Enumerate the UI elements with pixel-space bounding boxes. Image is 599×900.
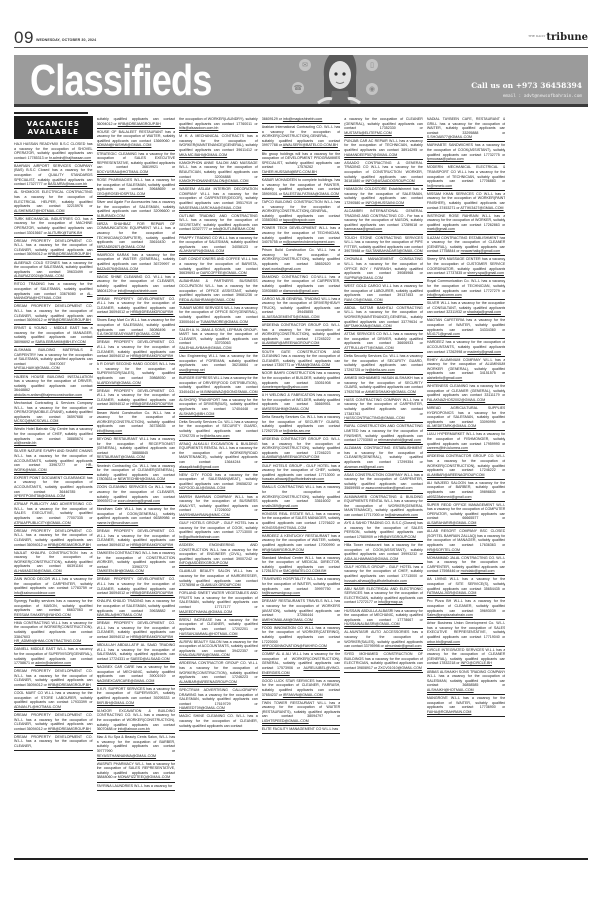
ad-contact-link[interactable]: Sales@propizzabahrain.com [427, 613, 473, 617]
ad-contact-link[interactable]: HRB@DREAMGROUP.BH [48, 543, 91, 547]
ad-contact-link[interactable]: INFO@ASAADOGROUP.COM [365, 179, 414, 183]
ad-contact-link[interactable]: REYASITHANNANNA@GMAIL.COM [97, 754, 157, 758]
ad-contact-link[interactable]: SARA.EBRAHIM@BH.EY.COM [35, 340, 86, 344]
ad-contact-link[interactable]: shadraja@gmail.com [467, 310, 501, 314]
ad-text: GULF HOTELS GROUP - GULF HOTEL has a vac… [344, 565, 423, 578]
ad-contact-link[interactable]: AWALSERV@BATELCO.COM.BH [283, 143, 338, 147]
ad-contact-link[interactable]: BOCYUSRAA@HOTMAIL.COM [97, 170, 149, 174]
ad-contact-link[interactable]: ALAMBAR@AREENAGROUP.COM [262, 455, 320, 459]
ad-text: WASEEM ASLAM INTERIOR DECORATION COMPANY… [179, 187, 258, 205]
classified-ad: FOOD INNOVATION CO W.L.L has a vacancy f… [262, 625, 341, 651]
ad-contact-link[interactable]: afaaqalkhalil@gmail.com [179, 465, 219, 469]
classified-ad: DREAM PROPERTY DEVELOPMENT CO. W.L.L has… [14, 734, 93, 751]
ad-contact-link[interactable]: HRB@DREAMGROUP.BH [130, 543, 173, 547]
ad-contact-link[interactable]: info@royalcomm.com [427, 293, 462, 297]
ad-text: RIHEY ALUMINIUM COMPANY W.L.L has a vaca… [427, 358, 506, 376]
classified-ad: PRAPPY TRADING CO W.L.L has a vacancy fo… [179, 235, 258, 257]
ad-contact-link[interactable]: GLAMLUX.GROUP.COM [200, 583, 240, 587]
ad-contact-link[interactable]: HRB@DREAMGROUP.BH [130, 635, 173, 639]
mail-icon: ✉ [299, 59, 311, 71]
ad-contact-link[interactable]: SUPPAR@GMAIL.COM [344, 276, 383, 280]
ad-contact-link[interactable]: AMSESSAHM@GMAIL.COM [262, 407, 309, 411]
ad-text: WEST GOLD CARGO W.L.L has a vacancy for … [344, 284, 423, 297]
ad-contact-link[interactable]: mohdalo@gmail.com [461, 569, 495, 573]
ad-contact-link[interactable]: NEWTECHBH@GMAIL.COM [118, 477, 165, 481]
ad-contact-link[interactable]: hr.admin@hajihassan.com [49, 156, 91, 160]
classified-ad: DREAM PROPERTY DEVELOPMENT CO. W.L.L has… [97, 296, 176, 318]
ad-contact-link[interactable]: KANOKPHONANNESALON@GMAIL.COM [179, 179, 248, 183]
classified-ad: ALLAB RESORT COMPANY BSC CLOSED (SOFITEL… [427, 528, 506, 554]
ad-contact-link[interactable]: alahelinfo@gmail.com [427, 376, 462, 380]
ad-contact-link[interactable]: mame.hr@mondham.com [97, 521, 139, 525]
ad-contact-link[interactable]: SALESTIALFATIMA@GMAIL.COM [283, 192, 339, 196]
classified-ad: TOUCH STONE CONTRACTING SERVICES W.L.L h… [344, 235, 423, 257]
ad-text: ALZAMAN CONTRACTING ESTABLISHMENT has a … [344, 446, 423, 464]
ad-contact-link[interactable]: rehmanshahid@gmail.com [378, 438, 421, 442]
vacancies-available-header: VACANCIESAVAILABLE [14, 116, 93, 139]
ad-contact-link[interactable]: ALBURAIDI.COM [97, 214, 125, 218]
classified-ad: GOOD LUCK STAR SERVICES has a vacancy fo… [262, 678, 341, 700]
ad-contact-link[interactable]: ALAHAYAFN@GMAIL.COM [179, 249, 224, 253]
ad-contact-link[interactable]: fpmoussa@yahoo.com [427, 157, 464, 161]
ad-contact-link[interactable]: hussain.alhawaj@gulfhotelbahrain.com [262, 477, 325, 481]
ad-contact-link[interactable]: SAEED@ALSAAD.COM [130, 657, 169, 661]
ad-contact-link[interactable]: MYEALHAIKI@GMAIL.COM [14, 366, 60, 370]
ad-contact-link[interactable]: info@OUTLINEBAH.COM [213, 227, 255, 231]
ad-contact-link[interactable]: XPERTPOINT56@GMAIL.COM [14, 494, 65, 498]
classified-ad: M K A MECHANICAL CONTRACTS has a vacancy… [179, 133, 258, 159]
ad-contact-link[interactable]: HASSANJAMMAL@HOTMAIL.COM [179, 632, 237, 636]
ad-contact-link[interactable]: TAHER.HUSSAIN@BFC.COM.BH [262, 170, 317, 174]
ad-contact-link[interactable]: ATTIKI3427@GMAIL.COM [460, 206, 503, 210]
classified-ad: TUMAR MORE SERVICES W.L.L has a vacancy … [179, 305, 258, 327]
classified-ad: DREAM PROPERTY DEVELOPMENT CO. W.L.L has… [97, 339, 176, 361]
ad-text: ELITE FACILITY MANAGEMENT CO W.L.L has [262, 727, 338, 731]
classified-ad: BRENJ INCREASE has a vacancy for the occ… [179, 617, 258, 639]
ad-contact-link[interactable]: HR@SOFITEL.COM [427, 548, 460, 552]
ad-contact-link[interactable]: ALARDIYAR@GMAIL.COM [97, 381, 141, 385]
ad-contact-link[interactable]: HAMANDEEP507@GMAIL.COM [344, 153, 397, 157]
classified-ad: NOOR BAHRI CONSTRUCTION has a vacancy fo… [262, 370, 341, 392]
ad-text: GULF HOTELS GROUP - GULF HOTEL has a vac… [262, 464, 341, 477]
ad-contact-link[interactable]: IRFANVN@GMAIL.COM [283, 693, 323, 697]
ad-text: ASDEEK ENGINEERING AND CONSTRUCTION W.L.… [179, 543, 258, 561]
ad-contact-link[interactable]: MARSHBAHRAIN@MMC.COM [179, 513, 230, 517]
classified-ad: GULF HOTELS GROUP - GULF HOTEL has a vac… [262, 463, 341, 485]
classified-ad: AL-MUNTASIR AUTO ACCESSORIES has a vacan… [344, 629, 423, 651]
ad-text: ARDEENA CONTRACTOR GROUP CO. W.L.L has a… [179, 661, 258, 679]
ad-contact-link[interactable]: MIRZADB2871@GMAIL.COM [97, 245, 145, 249]
ad-contact-link[interactable]: info@alnoor.com.bh [118, 727, 150, 731]
ad-contact-link[interactable]: REDA.ALBAHRANI@GMAIL.COM [179, 298, 235, 302]
ad-text: PUNJAB CAR AC REPAIR W.L.L has a vacancy… [344, 139, 423, 152]
classified-ad: GULF HOTELS GROUP - GULF HOTEL has a vac… [179, 520, 258, 542]
classified-ad: COOL MART CO W.L.L has a vacancy for the… [14, 690, 93, 712]
section-rule [14, 112, 88, 114]
ad-text: B.K.R. SUPPORT SERVICES has a vacancy fo… [97, 687, 176, 700]
classified-ad: SPECTRUM ADVERTISING CALLIGRAPHY DRAWING… [179, 687, 258, 713]
ad-contact-link[interactable]: M14171@gmail.com [427, 332, 460, 336]
classified-ad: ABDUL SATTAR BAKHTAJ CONTRACTING W.L.L h… [344, 305, 423, 331]
classified-ad: GULF HOTELS GROUP - GULF HOTEL has a vac… [344, 564, 423, 586]
ad-contact-link[interactable]: MKA.MC.BAHI@GMAIL.COM [179, 153, 227, 157]
classified-ad: Mondham Cafe W.L.L has a vacancy for the… [97, 506, 176, 528]
ad-contact-link[interactable]: WASEEMALIJARCHAA@GMAIL.COM [179, 206, 241, 210]
ad-contact-link[interactable]: AL.MEDETARK@GMAIL.COM [427, 424, 476, 428]
banner-title: Classifieds [30, 57, 212, 105]
ad-contact-link[interactable]: AHMEDSHAIKH@GMAIL.COM [365, 390, 416, 394]
classified-ad: Royal Communication Co. W.L.L has a vaca… [427, 278, 506, 300]
classified-ad: TURK MECHANICAL INDUSTRIES CO. has a vac… [14, 216, 93, 238]
classified-ad: WASPATI PHARMACY W.L.L has a vacancy for… [97, 761, 176, 783]
ad-contact-link[interactable]: MIFTAHKHAN@GMAIL.COM [344, 324, 391, 328]
classified-ad: MAGTAN CAFETERIA has a vacancy for the o… [427, 317, 506, 339]
ad-contact-link[interactable]: HRB@DREAMGROUP.BH [130, 310, 173, 314]
ad-contact-link[interactable]: hr@delta-sec.com [365, 368, 394, 372]
ad-contact-link[interactable]: alzaman.est@gmail.com [344, 465, 383, 469]
ad-contact-link[interactable]: info@magicshinebh.com [118, 289, 157, 293]
ad-contact-link[interactable]: ALSHAIKH@HOTMAIL.COM [427, 688, 474, 692]
ad-text: ROSE PHARMACIES W.L.L has a vacancy for … [97, 178, 176, 191]
classified-ad: MIRZA SHAHBAZ FOR REPAIR OF COMMUNICATIO… [97, 221, 176, 252]
ad-contact-link[interactable]: HR@SAMIRGROUP.COM [262, 548, 304, 552]
classified-ad: ASDEEK ENGINEERING AND CONSTRUCTION W.L.… [179, 542, 258, 568]
ad-contact-link[interactable]: uso@grmap.net [179, 368, 205, 372]
classified-ad: DREAM PROPERTY DEVELOPMENT CO. W.L.L has… [14, 528, 93, 550]
ad-contact-link[interactable]: CEO@ROSEHOSPITAL.COM [97, 192, 146, 196]
ad-contact-link[interactable]: MONAFIZZTEEQ@GMAIL.COM [118, 775, 170, 779]
ad-contact-link[interactable]: HR@AYSGROUP.COM [378, 535, 416, 539]
ad-text: a vacancy for the occupation of CLEANER … [344, 117, 423, 130]
ad-text: MARSH BAHRAIN COMPANY W.L.L has a vacanc… [179, 495, 258, 513]
ad-contact-link[interactable]: bills@alsaadoon.com.bh [179, 126, 218, 130]
classified-ad: ROSE PHARMACIES W.L.L has a vacancy for … [97, 177, 176, 199]
ad-contact-link[interactable]: ALAMBAR@AREENAGROUP.COM [262, 341, 320, 345]
classified-ad: RAFAL CONSTRUCTION AND CONTRACTING LIMIT… [344, 423, 423, 445]
ad-contact-link[interactable]: hr@travewedgroup.com [262, 591, 300, 595]
ad-contact-link[interactable]: admin@danielme.com [35, 661, 71, 665]
classified-ad: Pro Pizza BH W.L.L has a vacancy for the… [427, 598, 506, 620]
ad-text: Arbor Business Union Development Co. W.L… [427, 621, 506, 639]
logo-text: tribune [546, 32, 588, 43]
ad-contact-link[interactable]: MUSTAFA@ELITEFMC.COM [344, 131, 392, 135]
ad-text: ALI WAJEED SALOON has a vacancy for the … [427, 481, 506, 494]
email-text: email : advt@newsofbahrain.com [503, 94, 582, 99]
ad-contact-link[interactable]: BASLMRA@bas.com.bh [48, 182, 87, 186]
classified-ad: TAMKEEN CONTRACTING W.L.L has a vacancy … [97, 550, 176, 576]
classified-ad: TRAVEWED HOSPITALITY W.L.L has a vacancy… [262, 576, 341, 598]
ad-contact-link[interactable]: ALAMBAR@AREENAGROUP.COM [179, 680, 237, 684]
ad-contact-link[interactable]: ATRAAFPUBLICITY@GMAIL.COM [14, 521, 71, 525]
ad-text: ALCAMBRI INTERNATIONAL GENERAL TRADING A… [344, 209, 423, 227]
classified-ad: ARDEENA CONTRACTOR GROUP CO. W.L.L has a… [179, 660, 258, 686]
classified-ad: SILVER NATURE SYMPH AND SHARE CHAINS W.L… [14, 448, 93, 474]
classified-ad: Mechanical Contracting & Services Compan… [14, 400, 93, 426]
ad-contact-link[interactable]: hr@delta-sec.com [200, 434, 229, 438]
classified-ad: ATRAAF PUBLICITY AND ADVERTISING CO. W.L… [14, 501, 93, 527]
ad-contact-link[interactable]: AIDA.ALHAMMAD@GMAIL.COM [344, 557, 398, 561]
ad-text: M K A MECHANICAL CONTRACTS has a vacancy… [179, 134, 258, 152]
ad-contact-link[interactable]: arbor.bh@gmail.com [427, 640, 460, 644]
classified-ad: DREAM PROPERTY DEVELOPMENT CO. W.L.L has… [97, 620, 176, 642]
ad-contact-link[interactable]: HONGSS@HOTMAIL.COM [262, 526, 307, 530]
ad-text: ARDEENA CONTRACTOR GROUP CO. W.L.L has a… [262, 323, 341, 341]
ad-contact-link[interactable]: hr@almawaheb.com [385, 513, 418, 517]
ad-text: Pro Pizza BH W.L.L has a vacancy for the… [427, 599, 506, 612]
ad-text: ALBERAZI COLD STONES has a vacancy for t… [14, 261, 93, 274]
ad-contact-link[interactable]: ali93228ahmed@gmail.com [427, 495, 472, 499]
ad-contact-link[interactable]: ALSHARQ@BH.COM [179, 412, 214, 416]
column-1: VACANCIESAVAILABLEHAJI HASSAN READYMIX B… [14, 116, 93, 854]
classified-ad: Arbor Business Union Development Co. W.L… [427, 620, 506, 646]
classified-ad: DREAM PROPERTY DEVELOPMENT CO. W.L.L has… [97, 528, 176, 550]
ad-contact-link[interactable]: DARCOFFEE@GMAIL.COM [200, 271, 246, 275]
ad-text: DREAM PROPERTY DEVELOPMENT CO. W.L.L has… [14, 735, 93, 748]
ad-text: MANGROVE W.L.L has a vacancy for the occ… [427, 696, 506, 709]
ad-contact-link[interactable]: ALJASSAGEMENTS@GMAIL.COM [262, 315, 320, 319]
classified-ad: HARDEEZ has a vacancy for the occupation… [427, 339, 506, 356]
ad-contact-link[interactable]: TAMKEEN.BH@GMAIL.COM [97, 569, 144, 573]
classified-ad: ALRIFAI BEAUTY SALON has a vacancy for t… [179, 639, 258, 661]
classified-ad: MAGIC SHINE CLEANING CO. W.L.L has a vac… [97, 274, 176, 296]
ad-contact-link[interactable]: BAZA4076@GMAIL.COM [97, 267, 139, 271]
ad-contact-link[interactable]: SALEHALAYBAH@GMAIL.COM [179, 346, 231, 350]
ad-contact-link[interactable]: info@grmap.ca [378, 600, 402, 604]
classified-ad: HAMROOI KARAK has a vacancy for the occu… [97, 252, 176, 274]
ad-contact-link[interactable]: HUSSAINALBASRI@GMAIL.COM [344, 622, 399, 626]
classified-ad: HAMADON COLDSTORE Establishment has a va… [344, 186, 423, 208]
classified-ad: DREAM PROPERTY DEVELOPMENT CO. W.L.L has… [14, 238, 93, 260]
ad-contact-link[interactable]: HRB@DREAMGROUP.BH [48, 683, 91, 687]
ad-contact-link[interactable]: info@zainwooddecor.com [14, 591, 55, 595]
classified-ad: ALZAMAN CONTRACTING ESTABLISHMENT has a … [344, 445, 423, 471]
ad-contact-link[interactable]: MAJEEDTHAHAL@GMAIL.COM [179, 610, 232, 614]
ad-text: Westin Hotel Bahrain City Centre has a v… [14, 427, 93, 440]
ad-text: FOOD INNOVATION CO W.L.L has a vacancy f… [262, 626, 341, 644]
ad-text: ALRIFAI BEAUTY SALON has a vacancy for t… [179, 640, 258, 653]
ad-contact-link[interactable]: ZXCV01010@GMAIL.COM [378, 666, 422, 670]
ad-contact-link[interactable]: diamondc@gmail.com [283, 289, 319, 293]
ad-text: NADIAL TAYBEEN CAFE, RESTAURANT & GRILL … [427, 117, 506, 135]
ad-contact-link[interactable]: ALBURAZI2024@GMAIL.COM [14, 274, 64, 278]
ad-contact-link[interactable]: asasconstruction@gmail.com [365, 486, 412, 490]
classified-ad: NEW CITY FOOD has a vacancy for the occu… [179, 472, 258, 494]
classified-ad: the occupation of WORKER(LAUNDRY), suita… [179, 116, 258, 133]
classified-ad: MARHABTE SANDWICHES has a vacancy for th… [427, 142, 506, 164]
ad-contact-link[interactable]: ALHAMAD236@GMAIL.COM [14, 569, 62, 573]
ad-text: SUPER REDD OFFICE MANAGEMENT W.L.L has a… [427, 503, 506, 521]
classified-ad: ATTAK SERVICES CO W.L.L has a vacancy fo… [344, 331, 423, 353]
classified-ad: B.K.R. SUPPORT SERVICES has a vacancy fo… [97, 686, 176, 708]
ad-contact-link[interactable]: LIGHTSPEED@GMAIL.COM [262, 719, 309, 723]
ad-contact-link[interactable]: YRAM@GMAIL.COM [295, 363, 330, 367]
ad-text: PRAPPY TRADING CO W.L.L has a vacancy fo… [179, 236, 258, 249]
ad-text: HASS CONTRACTING COMPANY W.L.L has a vac… [344, 398, 423, 416]
ad-contact-link[interactable]: BKR.BH@GMAIL.COM [97, 701, 135, 705]
ad-text: BEYOND RESTAURANT W.L.L has a vacancy fo… [97, 437, 176, 455]
ad-contact-link[interactable]: ALITURK@TURK.BH [48, 231, 83, 235]
ad-contact-link[interactable]: ALSARAHARIR@GMAIL.COM [427, 521, 477, 525]
ad-contact-link[interactable]: MCSCQ@MCSCWLL.COM [14, 419, 58, 423]
ad-contact-link[interactable]: HAMEEDT09@GMAIL.COM [179, 706, 225, 710]
ad-contact-link[interactable]: ali@westin.bh [14, 441, 36, 445]
ad-contact-link[interactable]: INFO@CIRCLE.BH [461, 661, 492, 665]
ad-contact-link[interactable]: RAVI.CS@GMAIL.COM [344, 298, 382, 302]
ad-contact-link[interactable]: ADMAN@HASHMI@GMAIL.COM [97, 143, 152, 147]
ad-contact-link[interactable]: m@powertechdevelopment.com [283, 240, 335, 244]
ad-contact-link[interactable]: almuntasir@gmail.com [385, 644, 422, 648]
mobile-icon: ▯ [366, 59, 378, 71]
ad-text: COOL MART CO W.L.L has a vacancy for the… [14, 691, 93, 704]
ad-text: MODERN MECHANICAL ELECTRICAL & TRANSPORT… [427, 165, 506, 183]
ad-text: SALEH A. N. JAMA & SONS, LEPRAIN GROUP-M… [179, 328, 258, 346]
ad-contact-link[interactable]: hamnaraza@gmail.com [344, 227, 382, 231]
ad-contact-link[interactable]: INFO@ASDEEKGROUP.COM [179, 561, 228, 565]
ad-contact-link[interactable]: HRB@DREAMGROUP.BH [130, 591, 173, 595]
ad-text: KHALIFA KHALID TRADING has a vacancy for… [97, 599, 176, 612]
ad-contact-link[interactable]: ATTRULLAHTT@GMAIL.COM [344, 346, 393, 350]
classified-ad: Mac & Ku Spa & Beauty Cents Salon, W.L.L… [97, 734, 176, 760]
classified-ad: RIHEY ALUMINIUM COMPANY W.L.L has a vaca… [427, 357, 506, 383]
classified-ad: ILAZAM CONTRACTING ESTABLISHMENT has a v… [427, 235, 506, 257]
ad-contact-link[interactable]: KHALIDALRIFAI@GMAIL.COM [179, 653, 230, 657]
classified-ad: A R DIYAR SECOND HAND GOODS W.L.L has a … [97, 361, 176, 387]
phone-icon: ☎ [292, 82, 304, 94]
ad-contact-link[interactable]: HRB@DREAMGROUP.BH [118, 122, 161, 126]
ad-contact-link[interactable]: info@magicshinebh.com [283, 117, 322, 121]
classified-ad: Sherry SPA MASSAGE CENTER has a vacancy … [427, 256, 506, 278]
classified-ad: DAR CONDITIONERS AND COFFEE W.L.L has a … [179, 256, 258, 278]
ad-contact-link[interactable]: smalls369@gmail.com [262, 504, 298, 508]
masthead: 09 WEDNESDAY, OCTOBER 30, 2024 THE DAILY… [14, 30, 588, 48]
ad-text: Mac & Ku Spa & Beauty Cents Salon, W.L.L… [97, 735, 176, 753]
ad-contact-link[interactable]: hussain.alhawaj@gulfhotelbahrain.com [344, 579, 407, 583]
ad-contact-link[interactable]: hr@mmetc.com [427, 184, 452, 188]
classified-ad: Silver and Agate For Accessories has a v… [97, 199, 176, 221]
ad-contact-link[interactable]: HRB@DREAMGROUP.BH [130, 354, 173, 358]
classified-ad: ASAADO CONTRACTING & GENERAL TRADING CO … [344, 160, 423, 186]
classified-ad: DREAMY RESTAURANTS TRAVELS W.L.L has a v… [262, 598, 341, 624]
ad-contact-link[interactable]: dumetemperfgo@yahoo.com [262, 385, 308, 389]
ad-text: WHITENESS CLEANING has a vacancy for the… [427, 384, 506, 397]
ad-contact-link[interactable]: HRB@DREAMGROUP.BH [48, 252, 91, 256]
classified-ad: FORLAND SWEET WATER VEGETABLES AND FRUIT… [179, 590, 258, 616]
classified-ad: ALCAMBRI INTERNATIONAL GENERAL TRADING A… [344, 208, 423, 234]
ad-contact-link[interactable]: MAKJBLA@HOTMAIL.COM [97, 613, 142, 617]
classified-columns: VACANCIESAVAILABLEHAJI HASSAN READYMIX B… [14, 116, 588, 854]
classified-ad: ASAS CONSTRUCTION COMPANY W.L.L has a va… [344, 472, 423, 494]
ad-contact-link[interactable]: hr@gulfhotelbahrain.com [179, 535, 219, 539]
ad-text: ATTAK SERVICES CO W.L.L has a vacancy fo… [344, 332, 423, 345]
ad-contact-link[interactable]: careers@bh.lulumea.com [427, 446, 468, 450]
ad-contact-link[interactable]: madeely@gmail.com [467, 350, 501, 354]
ad-contact-link[interactable]: FATIMAALJIGR@GMAIL.COM [427, 591, 477, 595]
ad-contact-link[interactable]: M.BINNAWAZ@DONGSMAIL.COM [200, 390, 257, 394]
classified-ad: GLAMLUX BEAUTY SALON W.L.L has a vacancy… [179, 568, 258, 590]
classified-ad: Bfc group holdings will has a vacancy fo… [262, 151, 341, 177]
classified-ad: Synergy Facility services has a vacancy … [14, 598, 93, 620]
ad-contact-link[interactable]: SULTANBAHADAR3@GMAIL.COM [365, 249, 422, 253]
ad-contact-link[interactable]: HRB@DREAMGROUP.BH [48, 727, 91, 731]
ad-text: NAGIBEX CAR CARE has a vacancy for the o… [97, 665, 176, 678]
ad-contact-link[interactable]: ADNAN-FL@HOTMAIL.COM [14, 705, 61, 709]
ad-contact-link[interactable]: HRB@DREAMGROUP.BH [130, 402, 173, 406]
ad-contact-link[interactable]: SMC@BATELCO.COM.BH [283, 569, 327, 573]
ad-text: ALBAHRANI & PARTNERS BUSINESS OCCUPATION… [179, 279, 258, 297]
ad-text: 36609129 or [262, 117, 283, 121]
ad-text: NOOR BAHRI CONSTRUCTION has a vacancy fo… [262, 371, 341, 384]
classified-ad: AYS & SAHID TRADING CO. B.S.C (Closed) h… [344, 520, 423, 542]
ad-contact-link[interactable]: abdulla.m.anfam@hajeenconstruction.com [14, 393, 82, 397]
classified-ad: DREAM PROPERTY DEVELOPMENT CO. W.L.L has… [14, 303, 93, 325]
classified-ad: WHITENESS CLEANING has a vacancy for the… [427, 383, 506, 405]
ad-text: the occupation of WORKER(LAUNDRY), suita… [179, 117, 258, 126]
classified-ad: WASEEM ASLAM INTERIOR DECORATION COMPANY… [179, 186, 258, 212]
ad-contact-link[interactable]: mrawarhaliq@gmail.com [461, 249, 501, 253]
ad-contact-link[interactable]: RESSAM.SHAKER@YAHOO.COM [14, 613, 71, 617]
classified-ad: BAHRAIN AIRPORT SERVICES COMPANY (BAS) B… [14, 163, 93, 189]
ad-text: Mondham Cafe W.L.L has a vacancy for the… [97, 507, 176, 520]
ad-contact-link[interactable]: AMEHOMAILAM@GMAIL.COM [262, 618, 313, 622]
ad-contact-link[interactable]: FALAKNAZHOS2002@GMAIL.COM [427, 398, 485, 402]
ad-contact-link[interactable]: sherry.spa@gmail.com [467, 271, 504, 275]
ad-contact-link[interactable]: TUMARMORE@GMAIL.COM [200, 320, 248, 324]
ad-text: BRENJ INCREASE has a vacancy for the occ… [179, 618, 258, 631]
ad-contact-link[interactable]: shael.works@gmail.com [262, 267, 301, 271]
ad-contact-link[interactable]: HR_ADMIN@HMA.CONTRACTING.COM [14, 639, 81, 643]
classified-ad: MARSH BAHRAIN COMPANY W.L.L has a vacanc… [179, 494, 258, 520]
ad-text: AL SHOMOOS ELECTRICAL CONTRACTING has a … [14, 190, 93, 208]
classified-ad: Hilla Tower restaurant has a vacancy for… [344, 542, 423, 564]
ad-text: Hilla Tower restaurant has a vacancy for… [344, 543, 423, 556]
ad-contact-link[interactable]: S.A.SHOESEASYMART@GMAIL.COM [97, 332, 160, 336]
ad-contact-link[interactable]: zoon.cleaning@gmail.com [118, 499, 160, 503]
classified-ad: 36609129 or info@magicshinebh.com [262, 116, 341, 124]
classified-ad: DREAM PROPERTY DEVELOPMENT CO. W.L.L has… [14, 712, 93, 734]
ad-contact-link[interactable]: HASSCONTRACTING@GMAIL.COM [344, 416, 404, 420]
ad-contact-link[interactable]: ALAMBAR@AREENAGROUP.COM [427, 473, 485, 477]
classified-ad: A H WELDING & FABRICATION has a vacancy … [262, 392, 341, 414]
ad-text: DREAMY RESTAURANTS TRAVELS W.L.L has a v… [262, 599, 341, 617]
ad-contact-link[interactable]: INFO@HUSSAINI.COM [365, 201, 404, 205]
classified-ad: ALMAWAHEB CONTRACTING & BUILDING EQUIPME… [344, 494, 423, 520]
ad-contact-link[interactable]: hr@delta-sec.me [283, 429, 310, 433]
classified-ad: ABDULLAH ABDULLATIF AL SAAD TRADING W.L.… [97, 642, 176, 664]
ad-contact-link[interactable]: HRB@DREAMGROUP.BH [48, 318, 91, 322]
classified-ad: ALBAHRANI & PARTNERS BUSINESS OCCUPATION… [179, 278, 258, 304]
ad-contact-link[interactable]: NAGIBEXCARCARE@GMAIL.COM [97, 679, 155, 683]
ad-text: HMA CONTRACTING W.L.L has a vacancy for … [14, 621, 93, 639]
classified-ad: BEYOND RESTAURANT W.L.L has a vacancy fo… [97, 436, 176, 462]
ad-text: TRAVEWED HOSPITALITY W.L.L has a vacancy… [262, 577, 341, 590]
ad-contact-link[interactable]: FAIHA@RCBAHRAIN.COM [427, 710, 472, 714]
ad-contact-link[interactable]: tapco@trapcob.com [283, 218, 315, 222]
classified-ad: AHMED MOHAMMED HASAN ALSHAIKH has a vaca… [344, 375, 423, 397]
classified-ad: MODERN MECHANICAL ELECTRICAL & TRANSPORT… [427, 164, 506, 190]
ad-contact-link[interactable]: ALSHEMSAT@HOTMAIL.COM [14, 209, 65, 213]
ad-contact-link[interactable]: info@bwcg.com [97, 429, 123, 433]
classified-ad: SALEH A. N. JAMA & SONS, LEPRAIN GROUP-M… [179, 327, 258, 353]
ad-contact-link[interactable]: NCFOOD.ALI@GMAIL.COM [179, 486, 225, 490]
classified-ad: suitably qualified applicants can contac… [97, 116, 176, 129]
ad-contact-link[interactable]: S.SHOAIB77@GMAIL.COM [427, 135, 472, 139]
classified-ad: DREAM PROPERTY DEVELOPMENT CO. W.L.L has… [97, 576, 176, 598]
classified-ad: Delta Security Services Co. W.L.L has a … [179, 419, 258, 441]
column-6: NADIAL TAYBEEN CAFE, RESTAURANT & GRILL … [427, 116, 506, 854]
ad-contact-link[interactable]: mark@gmail.com [427, 227, 455, 231]
ad-contact-link[interactable]: RESTAURANT@GMAIL.COM [97, 455, 145, 459]
ad-contact-link[interactable]: HRFOODINNOVATION@FAKHRO.COM [262, 644, 327, 648]
